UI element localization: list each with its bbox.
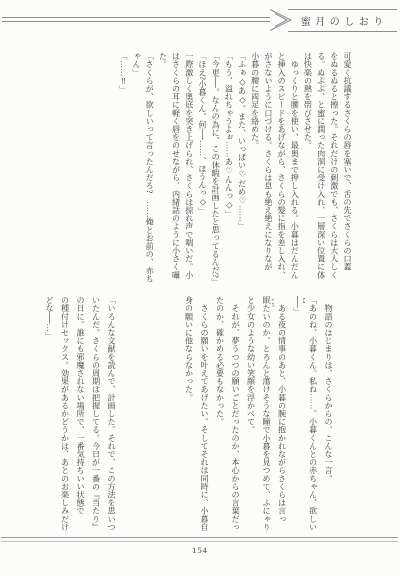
blank-column xyxy=(117,296,133,538)
text-line: る。ぬぷぷ、と蜜に潤った肉洞に受け入れ、一層深い位置に体 xyxy=(313,52,326,286)
text-line: と挿入のスピードをあげながら、さくらの髪に指を差し入れ、逃 xyxy=(274,52,287,286)
text-line: は快楽の熱を帯びさせた。 xyxy=(300,52,313,286)
book-page: 蜜月のしおり 可愛く抗議するさくらの唇を塞いで、舌の先でさくらの口蓋をぬるぬると… xyxy=(0,0,400,576)
text-line: ──」 xyxy=(288,296,304,538)
text-line: 「もう、溢れちゃうよぉ……あ♡んんっ◇」 xyxy=(221,52,234,286)
text-line: 一際激しく奥底を突き上げられ、さくらは掠れ声で喘いだ。小暮 xyxy=(182,52,195,286)
text-line: ある夜の情事のあと、小暮の腕に抱かれながらさくらは言った。 xyxy=(272,296,288,538)
text-line: 「ふぁ◇あ◇。また、いっぱい♡だめ♡……」 xyxy=(234,52,247,286)
text-line: 「今更──。なんの為に、この休暇を計画したと思ってるんだ?」 xyxy=(208,52,221,286)
text-line: ゆっくりと腰を使い、最奥まで押し入れる。小暮はだんだん xyxy=(287,52,300,286)
text-line: 「いろんな文献を読んで、計画した。それで、この方法を思いつ xyxy=(102,296,118,538)
text-line: 「あのね、小暮くん。私ね……。小暮くんとの赤ちゃん、欲しいな xyxy=(303,296,319,538)
text-line: 物語のはじまりは、さくらからの、こんな一言。 xyxy=(319,296,335,538)
page-number: 154 xyxy=(0,545,400,555)
text-line: どな──…」 xyxy=(40,296,56,538)
page-title: 蜜月のしおり xyxy=(289,9,395,32)
text-line: と少女のような幼い笑顔を浮かべて。 xyxy=(241,296,257,538)
text-line: いたんだ。さくらの周期は把握してる。今日が一番の『当たり』 xyxy=(86,296,102,538)
blank-column xyxy=(164,296,180,538)
footer-rule xyxy=(1,537,398,542)
text-line: をぬるぬると擦った。それだけの刺激でも、さくらは大人しくな xyxy=(327,52,340,286)
blank-column xyxy=(334,296,350,538)
blank-column xyxy=(133,296,149,538)
text-line: た。 xyxy=(155,52,168,286)
text-line: 「ほえ?小暮くん、何──……、ほうんっ◇」 xyxy=(195,52,208,286)
text-line: さくらの願いを叶えてあげたい。そしてそれは同時に、小暮自 xyxy=(195,296,211,538)
text-block-lower: 物語のはじまりは、さくらからの、こんな一言。「あのね、小暮くん。私ね……。小暮く… xyxy=(38,296,396,538)
text-line: 眠たいのか、とろんと蕩けそうな瞳で小暮を見つめて、ふにゃり xyxy=(257,296,273,538)
blank-column xyxy=(350,296,366,538)
text-block-upper: 可愛く抗議するさくらの唇を塞いで、舌の先でさくらの口蓋をぬるぬると擦った。それだ… xyxy=(113,52,353,286)
blank-column xyxy=(365,296,381,538)
text-line: たのか、確かめる必要もなかった。 xyxy=(210,296,226,538)
text-line: はさくらの耳に軽く唇をのせながら、内緒話のように小さく囁い xyxy=(168,52,181,286)
text-line: それが、夢うつつの願いごとだったのか、本心からの言葉だっ xyxy=(226,296,242,538)
text-line: の種付けセックス。効果があるかどうかは、あとのお楽しみだけ xyxy=(55,296,71,538)
text-line: 「さくらが、欲しいって言ったんだろ? ……俺とお前の、赤ち xyxy=(142,52,155,286)
text-line: の日に。誰にも邪魔されない場所で、一番気持ちいい状態で xyxy=(71,296,87,538)
text-line: 「……‼」 xyxy=(116,52,129,286)
text-line: ゃん」 xyxy=(129,52,142,286)
text-line: がさないように口づける。さくらは息も絶え絶えになりながら、 xyxy=(261,52,274,286)
blank-column xyxy=(148,296,164,538)
blank-column xyxy=(381,296,397,538)
text-line: 可愛く抗議するさくらの唇を塞いで、舌の先でさくらの口蓋 xyxy=(340,52,353,286)
text-line: 身の願いに他ならなかった。 xyxy=(179,296,195,538)
text-line: 小暮の腰に両足を絡めた。 xyxy=(248,52,261,286)
